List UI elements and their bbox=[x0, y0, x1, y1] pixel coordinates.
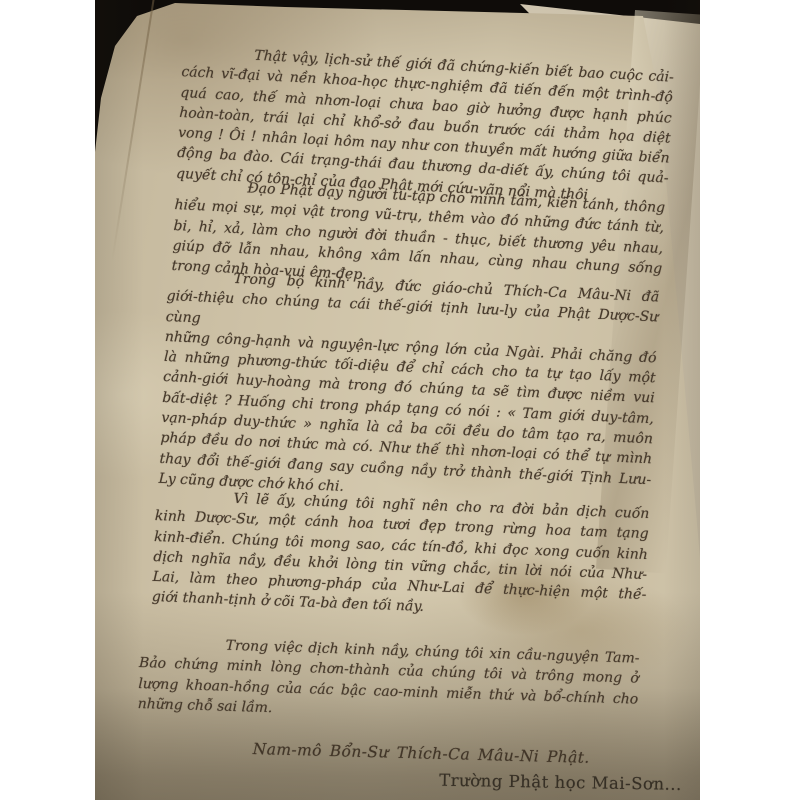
screenshot-canvas: Thật vậy, lịch-sử thế giới đã chứng-kiến… bbox=[0, 0, 800, 800]
book-photo: Thật vậy, lịch-sử thế giới đã chứng-kiến… bbox=[95, 0, 700, 800]
paragraph: Trong bộ kinh nầy, đức giáo-chủ Thích-Ca… bbox=[158, 266, 659, 511]
paragraph: Trong việc dịch kinh nầy, chúng tôi xin … bbox=[137, 633, 639, 730]
paragraph: Vì lẽ ấy, chúng tôi nghĩ nên cho ra đời … bbox=[152, 486, 650, 626]
